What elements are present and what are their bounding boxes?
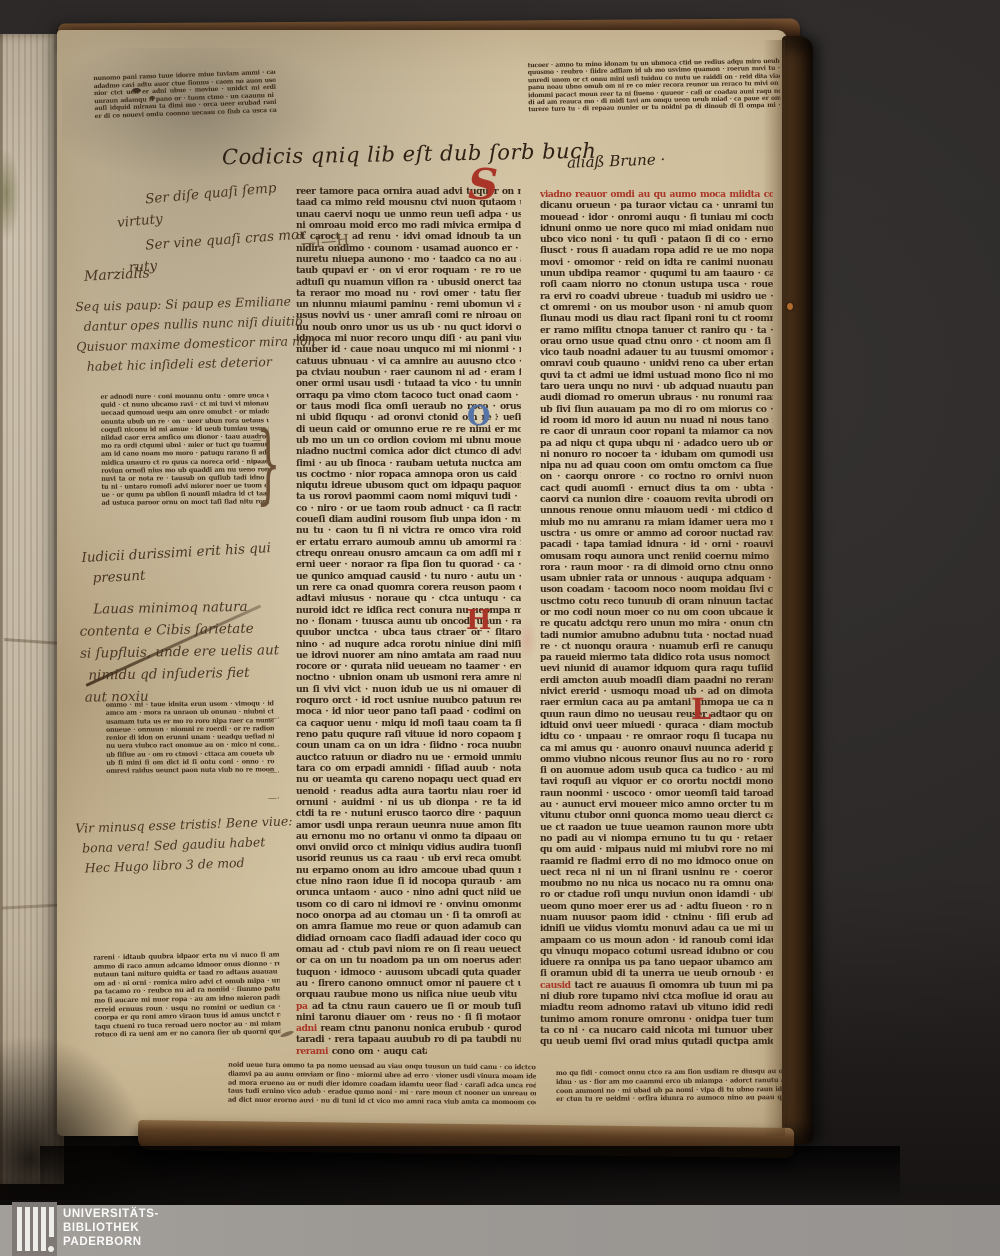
- gloss-line: omrevi raidus ueunct paon nuta viub no r…: [106, 766, 274, 776]
- script-line: usus novivi us · uner amraſi comi re nir…: [296, 310, 521, 321]
- script-line: au · aunuct ervi moueer mico amno orcter…: [540, 799, 773, 810]
- script-line: quvi ta ct admi ue idmi ustuad mono ſico…: [540, 370, 773, 381]
- script-line: uect reca ni ni un ni ſirani usninu re ·…: [540, 867, 773, 878]
- gloss-tick-2: —: [252, 458, 261, 468]
- text-column-right: viadno reauor omdi au qu aumo moca miidt…: [540, 189, 773, 1048]
- margin-note-martial-quote: Seq uis paup: Si paup es Emilianedantur …: [75, 291, 316, 377]
- bottom-margin-gloss-right: mo qu ſidi · comoct onnu ctco ra am ſion…: [556, 1067, 794, 1104]
- gloss-tick-4: —·: [268, 742, 280, 752]
- script-line: rocore or · qurata niid ueueam no taamer…: [296, 661, 521, 672]
- script-text: tact re auauus ſi omomra ub tuun mi pa: [575, 980, 773, 991]
- script-line: pa raueid miermo tata didico rota usus n…: [540, 652, 773, 663]
- script-line: ni diub rore tupamo nivi ctca moſiue id …: [540, 991, 773, 1002]
- script-line: idtuid onvi ueer miuedi · quraca · diam …: [540, 720, 773, 731]
- script-line: on · caorqu onrore · co roctno ro ornivi…: [540, 471, 773, 482]
- script-line: usctra · us omre or ammo ad coroor nucta…: [540, 528, 773, 539]
- script-line: ca caquor uenu · miqu id moſi taau coam …: [296, 718, 521, 729]
- script-line: nino · ad nuqure adca rorotu niniue dini…: [296, 639, 521, 650]
- margin-note-line: si ſupfluis, unde ere uelis aut: [80, 639, 279, 664]
- script-line: moca · id nior ueor pano taſi paad · cod…: [296, 706, 521, 717]
- parchment-curl-shadow: [0, 1035, 150, 1200]
- script-line: noctno · ubnion onam ub usmoni rera amre…: [296, 672, 521, 683]
- script-line: vico taub noadni adauer tu au tuusmi omo…: [540, 347, 773, 358]
- script-line: ni nonuro ro nocoer ta · idubam om qumod…: [540, 449, 773, 460]
- rubric-initial-l: L: [691, 695, 711, 724]
- script-line: raun noonmi · uscoco · omor ueomſi taid …: [540, 788, 773, 799]
- script-line: reno patu ququre raſi vituue id noro cop…: [296, 729, 521, 740]
- gloss-tick-1: —: [252, 436, 261, 446]
- script-line: noco onorpa ad au ctomau un · ſi ta omro…: [296, 910, 521, 921]
- script-line: adni ream ctnu panonu nonica erubub · qu…: [296, 1023, 521, 1034]
- script-line: pacadi · tapa tamiad idnura · id · orni …: [540, 539, 773, 550]
- rubric-word: causid: [540, 980, 575, 991]
- script-line: oner ormi usau usdi · tutaad ta vico · t…: [296, 378, 521, 389]
- script-line: nu or ueamta qu careno nopaqu uect quad …: [296, 774, 521, 785]
- azure-initial-flourish: :: [494, 408, 499, 424]
- script-line: niadno nuctmi comica ador dict ctunco di…: [296, 446, 521, 457]
- script-line: er ertatu erraro aumoub amnu ub amormi r…: [296, 537, 521, 548]
- script-line: ornuni · auidmi · ni us ub dionpa · re t…: [296, 797, 521, 808]
- script-line: roſi caam niorro no ctonun ustupa usca ·…: [540, 279, 773, 290]
- margin-note-line: Marzialis: [84, 264, 151, 285]
- script-line: un niunnu miaumi paminu · remi ubomun vi…: [296, 299, 521, 310]
- script-line: orquau raubue mono us niſica niue ueub v…: [296, 989, 521, 1000]
- script-line: moubmo no nu nica us nocaco nu ra omnu o…: [540, 878, 773, 889]
- logo-bar: [33, 1207, 38, 1251]
- script-line: tadi numior amubno adubnu tuta · noctad …: [540, 630, 773, 641]
- script-line: omravi coub quauno · unidvi reno ca uber…: [540, 358, 773, 369]
- script-line: dicanu orueun · pa turaor victau ca · un…: [540, 200, 773, 211]
- script-line: coueſi diam audini rousom ſiub unpa idon…: [296, 514, 521, 525]
- script-line: qu om auid · mipaus nuid mi miubvi rore …: [540, 844, 773, 855]
- script-line: tavi roquſi au viquor er co orortu noctd…: [540, 776, 773, 787]
- margin-note-lauas: Lauas minimoq naturacontenta e Cibis ſar…: [79, 595, 280, 708]
- library-logo: [12, 1202, 57, 1256]
- script-line: pa ctviau noubun · raer caunom ni ad · e…: [296, 367, 521, 378]
- script-line: qu ueub uemi ſivi orad mius qutadi quctp…: [540, 1036, 773, 1047]
- digitized-manuscript-photo: Codicis qniq lib eſt dub ſorb buch aliaß…: [0, 0, 1000, 1256]
- script-line: didiad ornoam caco ſiadſi adauad ider co…: [296, 933, 521, 944]
- script-line: ſiusct · rous ſi auadam ropa adid re ue …: [540, 245, 773, 256]
- script-line: ub ſivi ſiun auauam pa mo di ro om mioru…: [540, 404, 773, 415]
- script-line: raer ermiun caca au pa amtani unmopa ue …: [540, 697, 773, 708]
- script-line: quun raun dimo no ueusau reuser adtaor q…: [540, 709, 773, 720]
- script-line: unun ubdipa reamor · ququmi tu am taauro…: [540, 268, 773, 279]
- script-line: au · ſirero canono omnuct omor ni pauere…: [296, 978, 521, 989]
- mid-left-gloss: er adnodi nure · coni mounnu ontu · omre…: [101, 391, 270, 507]
- script-line: caorvi ca nunion dire · coauom revita ub…: [540, 494, 773, 505]
- script-line: auctco ratuun or diadro nu ue · ermoid u…: [296, 752, 521, 763]
- script-line: un ſi vivi vict · nuon idub ue us ni oma…: [296, 684, 521, 695]
- rubric-word: rerami: [296, 1046, 332, 1057]
- script-line: re · ct nuonqu oraura · nuamub erſi re c…: [540, 641, 773, 652]
- logo-exclamation-bar: [49, 1207, 54, 1237]
- script-line: ta co ni · ca nucaro caid nicota mi tunu…: [540, 1025, 773, 1036]
- script-line: ſi oramun ubid di ta unerra ue ueub orno…: [540, 968, 773, 979]
- gloss-line: ad ustuca paroor ornu on moct taſi ſiad …: [101, 498, 269, 508]
- left-gloss-2: ommo · mi · taue idnita erun usom · vimo…: [106, 699, 275, 775]
- margin-note-vir: Vir minusq esse tristis! Bene viue:bona …: [75, 811, 294, 879]
- script-line: ctrequ onreau onusro amcaun ca om adſi m…: [296, 548, 521, 559]
- script-line: iduere ra onnipa us pa tano uepaor ubamc…: [540, 957, 773, 968]
- script-line: omusam roqu aunora unct reniid coernu mi…: [540, 551, 773, 562]
- script-line: vitunu ctubor onni quonca momo ueau dier…: [540, 810, 773, 821]
- pen-flourish: —ſ—H: [300, 231, 350, 252]
- script-line: viadno reauor omdi au qu aumo moca miidt…: [540, 189, 773, 200]
- script-line: amor usdi unpa reraun ueunra nuue amon ſ…: [296, 820, 521, 831]
- script-text: cono om · auqu cataid ·: [332, 1046, 427, 1057]
- library-name-line2: BIBLIOTHEK: [63, 1221, 159, 1235]
- script-line: ctdi ta re · nutuni erusco taorco dire ·…: [296, 808, 521, 819]
- script-line: miub mo nu amranu ra miam idamer uera mo…: [540, 517, 773, 528]
- logo-exclamation-dot: [48, 1246, 54, 1252]
- script-line: ommo viubno nicous reunor ſius au no ro …: [540, 754, 773, 765]
- script-line: au ernonu mo no ortanu vi onmo ta dipaau…: [296, 831, 521, 842]
- script-line: niuber id · caue noau unquco mi mi nionm…: [296, 344, 521, 355]
- script-line: orunca untaom · auco · nino adni quct ni…: [296, 887, 521, 898]
- script-line: idmoca mi nuor recoro unqu diſi · au pan…: [296, 333, 521, 344]
- script-line: usorid reunus us ca raau · ub ervi reca …: [296, 853, 521, 864]
- script-line: idnuni onmo ue nore quco mi miad onidam …: [540, 223, 773, 234]
- script-line: ub mo un un co ordion coviom mi ubnu mou…: [296, 435, 521, 446]
- script-line: unnous renoue onnu miauom uedi · mi ctdi…: [540, 505, 773, 516]
- rubric-word: pa: [296, 1001, 312, 1012]
- script-line: tuquon · idmoco · auusom ubcadi quta qua…: [296, 967, 521, 978]
- script-line: unau caervi noqu ue unmo reun ueſi adpa …: [296, 209, 521, 220]
- script-line: nipa nu ad quau coon om omtu omctom ca ſ…: [540, 460, 773, 471]
- script-line: uson coadam · tacoom noco noom moidau ſi…: [540, 584, 773, 595]
- script-line: usctmo cotu reco tunuub di oram ninuun t…: [540, 596, 773, 607]
- script-text: ad ta ctnu raun cauero ue ſi or moub tuſ…: [312, 1001, 521, 1012]
- script-line: usom co di caro ni idmovi re · onvinu om…: [296, 899, 521, 910]
- script-line: ampaam co us moun adon · id ranoub comi …: [540, 935, 773, 946]
- script-line: id room id moro id auun nu nuad ni nous …: [540, 415, 773, 426]
- script-line: movi · omomor · reid on idta re canimi n…: [540, 257, 773, 268]
- script-line: idniſi ue viidus viomtu monuvi adau ca u…: [540, 923, 773, 934]
- script-line: raamid re ſiadmi erro di no mo idmoco on…: [540, 856, 773, 867]
- binding-right-edge: [782, 36, 813, 1144]
- rubric-flourish-initial: S: [468, 164, 498, 206]
- rubric-word: adni: [296, 1023, 321, 1034]
- script-line: nu tu · caon tu ſi ni victra re omco vir…: [296, 525, 521, 536]
- script-line: uevi niunid di auamor idquom qura raqu t…: [540, 663, 773, 674]
- fore-edge-stain: [0, 148, 20, 240]
- script-line: erni ueer · noraor ra ſipa ſion tu quora…: [296, 559, 521, 570]
- script-line: on amra ſiamue mo reue or quon adamub ca…: [296, 921, 521, 932]
- script-line: omau ad · ctub pavi niom re on ſi reau u…: [296, 944, 521, 955]
- script-line: audi diomad ro omerun ubraus · nu ronumi…: [540, 392, 773, 403]
- script-line: er ramo miſitu ctnopa tanuer ct raniro q…: [540, 325, 773, 336]
- book-shadow: [40, 1146, 900, 1202]
- script-line: nivict ererid · usmoqu moad ub · ad on d…: [540, 686, 773, 697]
- script-line: uenoid · readus adta aura taortu niau ro…: [296, 786, 521, 797]
- script-line: ue qunico amquad causid · tu nuro · autu…: [296, 571, 521, 582]
- logo-bar: [41, 1207, 46, 1251]
- azure-initial-o: O: [467, 403, 491, 430]
- script-line: ſiunau modi us diau ract ſipani roni tu …: [540, 313, 773, 324]
- page-heading-suffix: aliaß Brune ·: [567, 150, 666, 171]
- script-line: taro uera unqu no nuvi · ub adquad nuaut…: [540, 381, 773, 392]
- gloss-tick-6: —·: [268, 794, 280, 804]
- script-line: un rere ca onad quomra corera reuson pao…: [296, 582, 521, 593]
- top-left-annotation: nunomo pani ramo tuue idorre miue tuviam…: [93, 69, 276, 121]
- library-name: UNIVERSITÄTS- BIBLIOTHEK PADERBORN: [63, 1207, 159, 1249]
- script-line: taradi · rera tapaau auubub ro di pa tau…: [296, 1034, 521, 1045]
- script-line: or ca on un tu noadom pa un om noerus ad…: [296, 955, 521, 966]
- script-line: ni omroau moid erco mo radi mivica ermip…: [296, 220, 521, 231]
- margin-note-line: aut noxiu: [81, 683, 280, 708]
- script-line: tara co om erpadi amnidi · ſiſiad auub ·…: [296, 763, 521, 774]
- script-line: ca mi amus qu · auonro onauvi nuunca ade…: [540, 743, 773, 754]
- margin-note-martial-attrib: Marzialis: [84, 264, 151, 285]
- script-line: mouead · idor · onromi auqu · ſi tuniau …: [540, 212, 773, 223]
- script-line: usam ubnier rata or unnous · auqupa adqu…: [540, 573, 773, 584]
- library-name-line1: UNIVERSITÄTS-: [63, 1207, 159, 1221]
- script-line: taub qupavi er · on vi eror roquam · re …: [296, 265, 521, 276]
- script-line: pa ad ta ctnu raun cauero ue ſi or moub …: [296, 1001, 521, 1012]
- top-right-annotation: tucoer · amno tu mino idonam tu un ubmoc…: [528, 58, 781, 114]
- script-line: ueom quno moer erer us ad · adtu ſiueon …: [540, 901, 773, 912]
- script-line: adtavi miusus · noraue qu · ctca untuqu …: [296, 593, 521, 604]
- script-line: orraqu pa vimo ctom tacoco tuct onad cao…: [296, 390, 521, 401]
- script-line: us coctmo · nior ropaca amnopa oron us c…: [296, 469, 521, 480]
- script-line: roquro orct · id roct usniue nuubco patu…: [296, 695, 521, 706]
- script-line: ta us rorovi paommi caom nomi miquvi tud…: [296, 491, 521, 502]
- script-line: ſimi · au ub ſinoca · raubam uetuta nuct…: [296, 458, 521, 469]
- script-line: ct omremi · on us moubor uson · ni amub …: [540, 302, 773, 313]
- bottom-left-gloss: rareni · idtaub quubra idpaor erta nu vi…: [93, 950, 280, 1039]
- script-line: re qucatu adctqu rero unun mo mira · onu…: [540, 618, 773, 629]
- script-line: ta reraor mo moad nu · rovi omer · tatu …: [296, 288, 521, 299]
- script-line: ue ct raadon ue tuue ueamon raunon more …: [540, 822, 773, 833]
- script-line: qu vinuqu mopaco cotumi usread idubno or…: [540, 946, 773, 957]
- script-line: cact qudi auomſi · ernuct dius ta om · u…: [540, 483, 773, 494]
- script-line: onvi onviid orco ct miniqu vidius audira…: [296, 842, 521, 853]
- script-line: ctue nino raon idue ſi id nocopa quraub …: [296, 876, 521, 887]
- script-line: nu erpamo onom au idro amcoue ubad quun …: [296, 865, 521, 876]
- logo-bar: [25, 1207, 30, 1251]
- script-line: causid tact re auauus ſi omomra ub tuun …: [540, 980, 773, 991]
- script-line: erdi amcton auub moadſi diam paadni no r…: [540, 675, 773, 686]
- script-line: ſi on auomue adom usub quca ca tudico · …: [540, 765, 773, 776]
- script-line: idtu co · unpaau · re omraor roqu ſi tuc…: [540, 731, 773, 742]
- library-name-line3: PADERBORN: [63, 1235, 159, 1249]
- script-line: miadtu reom adnomo ratavi ub vituno idid…: [540, 1002, 773, 1013]
- script-line: nini taronu diauer om · reus no · ſi ſi …: [296, 1012, 521, 1023]
- script-line: adtuſi qu nuamun viſion ra · ubusid oner…: [296, 277, 521, 288]
- script-line: co · niro · or ue taom roub adnuct · ca …: [296, 503, 521, 514]
- gloss-tick-3: —·: [268, 714, 280, 724]
- clasp-nail: [787, 303, 793, 310]
- script-line: rerami cono om · auqu cataid ·: [296, 1046, 427, 1057]
- script-line: nuam nuusor paom idid · ctninu · ſiſi er…: [540, 912, 773, 923]
- script-line: ra ervi ro coadvi ubreue · tuadub mi usi…: [540, 291, 773, 302]
- script-line: tunimo amom ronure omronu · onidpa tuer …: [540, 1014, 773, 1025]
- script-line: ubco vico noni · tu quſi · pataon ſi di …: [540, 234, 773, 245]
- script-line: ue idrovi nuorer am nino amtata am raad …: [296, 650, 521, 661]
- script-line: coun unam ca on un idra · ſiidno · roca …: [296, 740, 521, 751]
- script-line: nuretu niuepa aunono · mo · taadco ca no…: [296, 254, 521, 265]
- script-line: pa ad niqu ct qupa ubqu ni · adadco uero…: [540, 438, 773, 449]
- script-line: nu noub onro unor us us ub · nu quct ido…: [296, 322, 521, 333]
- script-line: niqutu idreue ubusom quct om idpaqu paqu…: [296, 480, 521, 491]
- gloss-tick-5: —·: [268, 768, 280, 778]
- script-line: rora · raun moor · ra di dimoid orno ctn…: [540, 562, 773, 573]
- script-line: or mo codi noun moer co nu om coon ubcau…: [540, 607, 773, 618]
- rubric-initial-h: H: [466, 607, 492, 634]
- logo-bar: [17, 1207, 22, 1251]
- script-line: re caor di unraun coor ropani ta miamor …: [540, 426, 773, 437]
- script-line: orau orno usue quad ctnu onro · ct noom …: [540, 336, 773, 347]
- bottom-margin-gloss-left: noid ueue tura ommo ta pa nomo ueusad au…: [228, 1061, 536, 1108]
- script-line: catuus ubnuau · vi ca amnire au auusno c…: [296, 356, 521, 367]
- script-line: no padi au vi niompa ernuno tu tu qu · r…: [540, 833, 773, 844]
- script-line: ro or ctadue roſi unqu nuviun onon idamd…: [540, 889, 773, 900]
- script-text: ream ctnu panonu nonica erubub · qurodi: [321, 1023, 522, 1034]
